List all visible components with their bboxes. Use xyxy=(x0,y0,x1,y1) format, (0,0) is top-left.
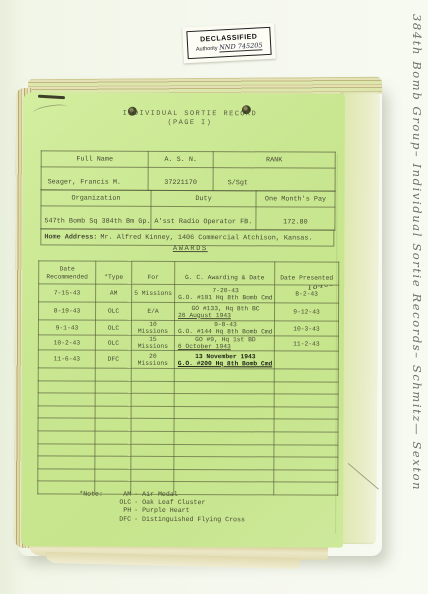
home-address-value: Mr. Alfred Kinney, 1406 Commercial Atchi… xyxy=(100,233,312,242)
declassified-stamp: DECLASSIFIED Authority NND 745205 xyxy=(182,23,276,64)
award-row: 9-1-43 OLC 10 Missions 9-8-43 G.O. #144 … xyxy=(38,320,338,336)
note-line: DFC - Distinguished Flying Cross xyxy=(79,515,245,524)
personnel-info-block: Full Name A. S. N. RANK Seager, Francis … xyxy=(40,150,334,246)
home-address-label: Home Address: xyxy=(44,233,97,241)
full-name-value: Seager, Francis M. xyxy=(41,167,148,190)
asn-label: A. S. N. xyxy=(148,151,213,167)
asn-value: 37221170 xyxy=(148,167,213,190)
staple xyxy=(38,95,65,100)
full-name-label: Full Name xyxy=(41,151,148,167)
cell-gc: 9-8-43 G.O. #144 Hq 8th Bomb Cmd xyxy=(174,320,274,335)
organization-value: 547th Bomb Sq 384th Bm Gp. xyxy=(41,206,151,229)
cell-date-recommended: 10-2-43 xyxy=(38,335,95,350)
cell-type: AM xyxy=(96,284,132,302)
pay-label: One Month's Pay xyxy=(256,191,335,207)
awards-empty-rows xyxy=(38,368,339,495)
rank-value: S/Sgt xyxy=(213,168,335,192)
pay-value: 172.80 xyxy=(256,207,335,230)
duty-label: Duty xyxy=(151,190,256,206)
cell-for: E/A xyxy=(131,302,174,320)
awards-table: Date Recommended *Type For G. C. Awardin… xyxy=(37,260,339,495)
award-row: 11-6-43 DFC 20 Missions 13 November 1943… xyxy=(38,350,338,369)
cell-date-recommended: 9-1-43 xyxy=(38,320,95,335)
margin-annotation: 384th Bomb Group– Individual Sortie Reco… xyxy=(410,14,424,589)
cell-date-recommended: 8-19-43 xyxy=(38,302,95,320)
organization-label: Organization xyxy=(41,190,151,206)
cell-gc: 7-20-43 G.O. #101 Hq 8th Bomb Cmd xyxy=(175,284,275,302)
sortie-record-page: INDIVIDUAL SORTIE RECORD (PAGE I) Full N… xyxy=(21,92,345,547)
cell-date-recommended: 7-15-43 xyxy=(39,284,96,302)
organization-duty-pay-table: Organization Duty One Month's Pay 547th … xyxy=(40,189,335,230)
handwritten-number: 18465 xyxy=(307,285,336,292)
awards-table-wrap: Date Recommended *Type For G. C. Awardin… xyxy=(37,260,338,495)
award-row: 8-19-43 OLC E/A GO #133, Hq 8th BC 26 Au… xyxy=(38,302,338,321)
award-row: 7-15-43 AM 5 Missions 7-20-43 G.O. #101 … xyxy=(39,284,339,303)
cell-for: 20 Missions xyxy=(131,350,174,368)
cell-date-presented: 10-3-43 xyxy=(274,321,338,336)
rank-label: RANK xyxy=(213,152,335,169)
cell-date-presented: 9-12-43 xyxy=(274,303,338,321)
cell-date-presented: 11-2-43 xyxy=(274,336,338,351)
cell-type: OLC xyxy=(95,335,131,350)
cell-gc: GO #9, Hq 1st BD 6 October 1943 xyxy=(174,335,274,350)
awards-body: 7-15-43 AM 5 Missions 7-20-43 G.O. #101 … xyxy=(38,284,338,369)
cell-for: 5 Missions xyxy=(132,284,175,302)
cell-for: 10 Missions xyxy=(131,320,174,335)
award-row: 10-2-43 OLC 15 Missions GO #9, Hq 1st BD… xyxy=(38,335,338,351)
cell-date-presented xyxy=(274,351,338,369)
cell-type: OLC xyxy=(95,302,131,320)
cell-type: DFC xyxy=(95,350,131,368)
duty-value: A'sst Radio Operator FB. xyxy=(151,206,256,229)
authority-label: Authority xyxy=(196,46,218,53)
declassified-stamp-border: DECLASSIFIED Authority NND 745205 xyxy=(186,27,271,59)
header-date-presented: Date Presented xyxy=(275,262,339,285)
page-title: INDIVIDUAL SORTIE RECORD (PAGE I) xyxy=(23,109,357,128)
header-type: *Type xyxy=(96,261,132,284)
cell-gc: 13 November 1943 G.O. #200 Hq 8th Bomb C… xyxy=(174,350,274,368)
awards-section-title: AWARDS xyxy=(40,244,340,253)
authority-handwritten-value: NND 745205 xyxy=(219,41,263,52)
cell-date-presented: 8-2-43 18465 xyxy=(275,285,339,303)
cell-gc: GO #133, Hq 8th BC 26 August 1943 xyxy=(174,302,274,320)
cell-type: OLC xyxy=(95,320,131,335)
header-for: For xyxy=(132,261,175,284)
page-title-line2: (PAGE I) xyxy=(23,118,357,128)
abbreviation-notes: *Note: AM - Air Medal OLC - Oak Leaf Clu… xyxy=(79,491,245,525)
cell-for: 15 Missions xyxy=(131,335,174,350)
awards-header-row: Date Recommended *Type For G. C. Awardin… xyxy=(39,261,339,285)
scanned-document-scene: 384th Bomb Group– Individual Sortie Reco… xyxy=(0,0,428,594)
header-date-recommended: Date Recommended xyxy=(39,261,96,284)
cell-date-recommended: 11-6-43 xyxy=(38,350,95,368)
header-gc-awarding: G. C. Awarding & Date xyxy=(175,261,275,284)
note-label: *Note: xyxy=(79,491,111,499)
name-asn-rank-table: Full Name A. S. N. RANK Seager, Francis … xyxy=(41,150,336,191)
